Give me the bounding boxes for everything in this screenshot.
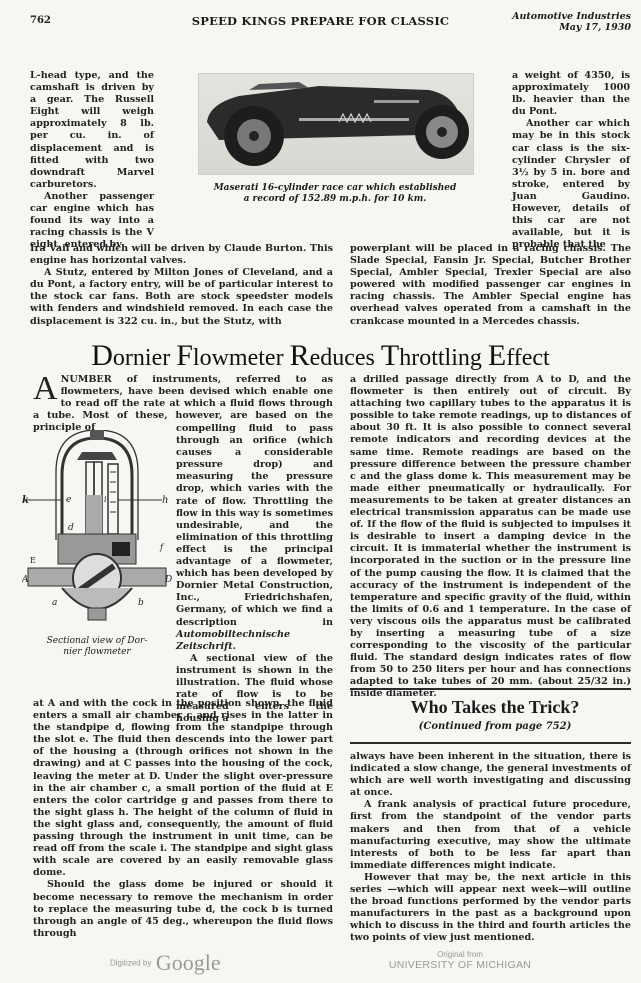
article3-body: always have been inherent in the situati…	[350, 751, 631, 945]
publication-date: May 17, 1930	[512, 22, 631, 33]
caption-line: nier flowmeter	[22, 647, 172, 658]
article2-right-column: a drilled passage directly from A to D, …	[350, 374, 631, 701]
paragraph: A Stutz, entered by Milton Jones of Clev…	[30, 267, 333, 327]
digitized-prefix: Digitized by	[110, 959, 151, 968]
title-word: Dornier	[91, 345, 170, 371]
svg-text:i: i	[104, 495, 107, 504]
digitized-by-google: Digitized by Google	[110, 950, 221, 976]
flowmeter-diagram: k e i h d f E A D a b	[22, 430, 172, 630]
paragraph: Should the glass dome be injured or shou…	[33, 879, 333, 939]
article1-right-bottom: powerplant will be placed in a racing ch…	[350, 243, 631, 328]
race-car-image-icon	[199, 74, 473, 174]
svg-text:e: e	[66, 495, 71, 505]
paragraph: a weight of 4350, is approximately 1000 …	[512, 70, 630, 118]
article3-subtitle: (Continued from page 752)	[350, 721, 640, 732]
svg-text:A: A	[22, 575, 29, 585]
title-word: Reduces	[290, 345, 375, 371]
svg-text:a: a	[52, 598, 57, 608]
paragraph: a drilled passage directly from A to D, …	[350, 374, 631, 701]
article1-right-top: a weight of 4350, is approximately 1000 …	[512, 70, 630, 251]
svg-text:D: D	[164, 575, 172, 585]
divider-bottom	[350, 742, 631, 744]
drop-cap: A	[33, 375, 58, 403]
article2-beside-diagram: compelling fluid to pass through an orif…	[176, 423, 333, 725]
svg-text:k: k	[22, 495, 29, 506]
paragraph: at A and with the cock in the position s…	[33, 698, 333, 879]
flowmeter-sectional-diagram-icon: k e i h d f E A D a b	[22, 430, 172, 630]
title-word: Flowmeter	[176, 345, 283, 371]
paragraph: always have been inherent in the situati…	[350, 751, 631, 799]
svg-text:d: d	[68, 523, 74, 533]
diagram-caption: Sectional view of Dor- nier flowmeter	[22, 636, 172, 658]
svg-text:b: b	[138, 598, 144, 608]
caption-line: a record of 152.89 m.p.h. for 10 km.	[200, 194, 470, 205]
paragraph: L-head type, and the camshaft is driven …	[30, 70, 154, 191]
title-word: Throttling	[381, 345, 482, 371]
paragraph: A frank analysis of practical future pro…	[350, 799, 631, 872]
photo-caption: Maserati 16-cylinder race car which esta…	[200, 183, 470, 205]
svg-text:h: h	[162, 495, 168, 506]
article2-title: Dornier Flowmeter Reduces Throttling Eff…	[0, 339, 641, 373]
title-word: Effect	[488, 345, 550, 371]
race-car-photo	[198, 73, 474, 175]
google-logo: Google	[156, 950, 221, 975]
paragraph: Another car which may be in this stock c…	[512, 118, 630, 251]
publication-name: Automotive Industries	[512, 11, 631, 22]
article1-left-bottom: Ira Vail and which will be driven by Cla…	[30, 243, 333, 328]
paragraph: Ira Vail and which will be driven by Cla…	[30, 243, 333, 267]
publication-info: Automotive Industries May 17, 1930	[512, 11, 631, 33]
article2-left-full: at A and with the cock in the position s…	[33, 698, 333, 940]
article1-left-top: L-head type, and the camshaft is driven …	[30, 70, 154, 251]
journal-name: Automobiltechnische Zeitschrift.	[176, 629, 290, 652]
divider-top	[350, 688, 631, 690]
original-prefix: Original from	[380, 950, 540, 959]
caption-line: Maserati 16-cylinder race car which esta…	[200, 183, 470, 194]
svg-text:f: f	[159, 543, 165, 552]
article3-title: Who Takes the Trick?	[350, 697, 640, 718]
paragraph: powerplant will be placed in a racing ch…	[350, 243, 631, 328]
paragraph: However that may be, the next article in…	[350, 872, 631, 945]
paragraph: compelling fluid to pass through an orif…	[176, 423, 333, 653]
source-institution: UNIVERSITY OF MICHIGAN	[380, 959, 540, 971]
original-source: Original from UNIVERSITY OF MICHIGAN	[380, 950, 540, 971]
caption-line: Sectional view of Dor-	[22, 636, 172, 647]
svg-text:E: E	[30, 556, 36, 565]
